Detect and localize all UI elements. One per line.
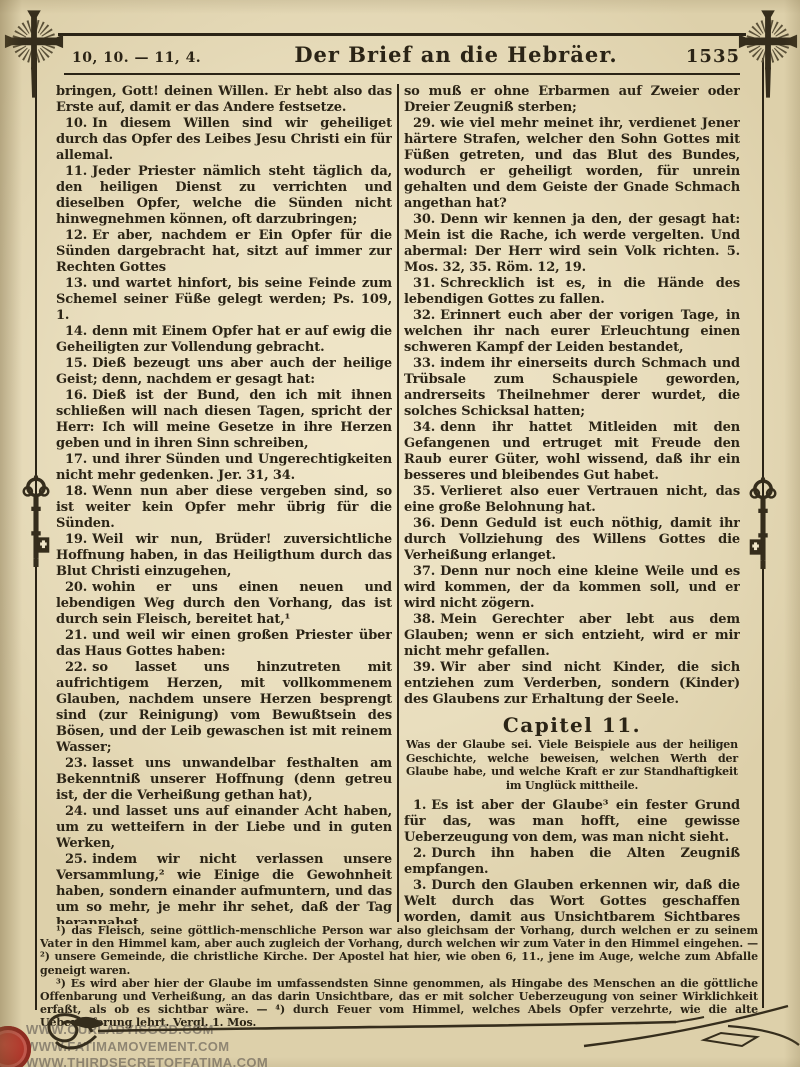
verse: 36.Denn Geduld ist euch nöthig, damit ih…: [404, 516, 740, 564]
header-rule: [64, 73, 740, 75]
verse-text: wie viel mehr meinet ihr, verdienet Jene…: [404, 116, 740, 211]
verse: 38.Mein Gerechter aber lebt aus dem Glau…: [404, 612, 740, 660]
top-rule: [58, 33, 746, 36]
verse-number: 39.: [413, 660, 435, 675]
verse-text: und lasset uns auf einander Acht haben, …: [56, 804, 392, 851]
verse-number: 35.: [413, 484, 435, 499]
verse-number: 29.: [413, 116, 435, 131]
verse-number: 17.: [65, 452, 87, 467]
verse: 17.und ihrer Sünden und Ungerechtigkeite…: [56, 452, 392, 484]
verse-number: 1.: [413, 798, 426, 813]
verse-text: indem wir nicht verlassen unsere Versamm…: [56, 852, 392, 924]
cross-ornament-right: [737, 5, 799, 101]
verse-number: 3.: [413, 878, 426, 893]
verse-number: 11.: [65, 164, 87, 179]
column-divider-rule: [397, 84, 399, 922]
verse-text: so lasset uns hinzutreten mit aufrichtig…: [56, 660, 392, 755]
verse-number: 15.: [65, 356, 87, 371]
verse: 25.indem wir nicht verlassen unsere Vers…: [56, 852, 392, 924]
hebrews-10-verses: so muß er ohne Erbarmen auf Zweier oder …: [404, 84, 740, 708]
verse-range: 10, 10. — 11, 4.: [72, 50, 242, 66]
verse-number: 37.: [413, 564, 435, 579]
verse-number: 16.: [65, 388, 87, 403]
verse-text: Weil wir nun, Brüder! zuversichtliche Ho…: [56, 532, 392, 579]
verse: 1.Es ist aber der Glaube³ ein fester Gru…: [404, 798, 740, 846]
verse-number: 19.: [65, 532, 87, 547]
verse: 35.Verlieret also euer Vertrauen nicht, …: [404, 484, 740, 516]
verse-text: denn mit Einem Opfer hat er auf ewig die…: [56, 324, 392, 355]
verse: 3.Durch den Glauben erkennen wir, daß di…: [404, 878, 740, 924]
verse: 11.Jeder Priester nämlich steht täglich …: [56, 164, 392, 228]
verse-number: 24.: [65, 804, 87, 819]
verse-text: Denn Geduld ist euch nöthig, damit ihr d…: [404, 516, 740, 563]
verse-text: Jeder Priester nämlich steht täglich da,…: [56, 164, 392, 227]
verse-text: und wartet hinfort, bis seine Feinde zum…: [56, 276, 392, 323]
verse-text: Mein Gerechter aber lebt aus dem Glauben…: [404, 612, 740, 659]
verse-number: 2.: [413, 846, 426, 861]
verse: 14.denn mit Einem Opfer hat er auf ewig …: [56, 324, 392, 356]
verse-text: Dieß bezeugt uns aber auch der heilige G…: [56, 356, 392, 387]
verse: 39.Wir aber sind nicht Kinder, die sich …: [404, 660, 740, 708]
verse: 24.und lasset uns auf einander Acht habe…: [56, 804, 392, 852]
verse-number: 30.: [413, 212, 435, 227]
verse: 30.Denn wir kennen ja den, der gesagt ha…: [404, 212, 740, 276]
verse-number: 33.: [413, 356, 435, 371]
verse: 12.Er aber, nachdem er Ein Opfer für die…: [56, 228, 392, 276]
verse-text: Verlieret also euer Vertrauen nicht, das…: [404, 484, 740, 515]
verse: 22.so lasset uns hinzutreten mit aufrich…: [56, 660, 392, 756]
cross-ornament-left: [3, 5, 65, 101]
verse: 31.Schrecklich ist es, in die Hände des …: [404, 276, 740, 308]
footnote: ¹) das Fleisch, seine göttlich-menschlic…: [40, 924, 758, 977]
scanned-bible-page: 10, 10. — 11, 4. Der Brief an die Hebräe…: [0, 0, 800, 1067]
verse: 2.Durch ihn haben die Alten Zeugniß empf…: [404, 846, 740, 878]
verse-text: Erinnert euch aber der vorigen Tage, in …: [404, 308, 740, 355]
verse: 20.wohin er uns einen neuen und lebendig…: [56, 580, 392, 628]
verse: 18.Wenn nun aber diese vergeben sind, so…: [56, 484, 392, 532]
right-text-column: so muß er ohne Erbarmen auf Zweier oder …: [404, 84, 740, 924]
verse-text: In diesem Willen sind wir geheiliget dur…: [56, 116, 392, 163]
verse-number: 23.: [65, 756, 87, 771]
verse-number: 32.: [413, 308, 435, 323]
verse: bringen, Gott! deinen Willen. Er hebt al…: [56, 84, 392, 116]
verse: 34.denn ihr hattet Mitleiden mit den Gef…: [404, 420, 740, 484]
verse-text: denn ihr hattet Mitleiden mit den Gefang…: [404, 420, 740, 483]
verse-number: 18.: [65, 484, 87, 499]
verse-text: Wir aber sind nicht Kinder, die sich ent…: [404, 660, 740, 707]
verse-number: 21.: [65, 628, 87, 643]
flourish-ornament: [28, 1000, 800, 1060]
verse-number: 34.: [413, 420, 435, 435]
verse-text: Durch ihn haben die Alten Zeugniß empfan…: [404, 846, 740, 877]
verse-number: 22.: [65, 660, 87, 675]
verse-number: 14.: [65, 324, 87, 339]
page-number: 1535: [670, 46, 740, 67]
verse: 33.indem ihr einerseits durch Schmach un…: [404, 356, 740, 420]
verse-number: 10.: [65, 116, 87, 131]
verse-text: wohin er uns einen neuen und lebendigen …: [56, 580, 392, 627]
verse-text: Durch den Glauben erkennen wir, daß die …: [404, 878, 740, 924]
verse: 37.Denn nur noch eine kleine Weile und e…: [404, 564, 740, 612]
verse: so muß er ohne Erbarmen auf Zweier oder …: [404, 84, 740, 116]
verse-text: lasset uns unwandelbar festhalten am Bek…: [56, 756, 392, 803]
page-header: 10, 10. — 11, 4. Der Brief an die Hebräe…: [58, 42, 746, 67]
verse-text: Dieß ist der Bund, den ich mit ihnen sch…: [56, 388, 392, 451]
verse-text: Wenn nun aber diese vergeben sind, so is…: [56, 484, 392, 531]
verse: 29.wie viel mehr meinet ihr, verdienet J…: [404, 116, 740, 212]
left-text-column: bringen, Gott! deinen Willen. Er hebt al…: [56, 84, 392, 924]
verse: 21.und weil wir einen großen Priester üb…: [56, 628, 392, 660]
verse: 15.Dieß bezeugt uns aber auch der heilig…: [56, 356, 392, 388]
verse-text: und weil wir einen großen Priester über …: [56, 628, 392, 659]
verse-text: Schrecklich ist es, in die Hände des leb…: [404, 276, 740, 307]
verse-text: bringen, Gott! deinen Willen. Er hebt al…: [56, 84, 392, 115]
verse-text: Es ist aber der Glaube³ ein fester Grund…: [404, 798, 740, 845]
verse: 19.Weil wir nun, Brüder! zuversichtliche…: [56, 532, 392, 580]
verse: 16.Dieß ist der Bund, den ich mit ihnen …: [56, 388, 392, 452]
chapter-summary: Was der Glaube sei. Viele Beispiele aus …: [404, 738, 740, 792]
verse-text: indem ihr einerseits durch Schmach und T…: [404, 356, 740, 419]
chapter-heading: Capitel 11.: [404, 717, 740, 733]
verse: 23.lasset uns unwandelbar festhalten am …: [56, 756, 392, 804]
key-ornament-right: [748, 476, 778, 570]
verse-number: 31.: [413, 276, 435, 291]
verse-number: 12.: [65, 228, 87, 243]
verse-number: 38.: [413, 612, 435, 627]
verse: 32.Erinnert euch aber der vorigen Tage, …: [404, 308, 740, 356]
verse-text: so muß er ohne Erbarmen auf Zweier oder …: [404, 84, 740, 115]
hebrews-11-verses: 1.Es ist aber der Glaube³ ein fester Gru…: [404, 798, 740, 924]
verse-text: und ihrer Sünden und Ungerechtigkeiten n…: [56, 452, 392, 483]
verse-text: Denn nur noch eine kleine Weile und es w…: [404, 564, 740, 611]
verse-number: 20.: [65, 580, 87, 595]
verse: 13.und wartet hinfort, bis seine Feinde …: [56, 276, 392, 324]
verse-number: 25.: [65, 852, 87, 867]
verse: 10.In diesem Willen sind wir geheiliget …: [56, 116, 392, 164]
verse-text: Denn wir kennen ja den, der gesagt hat: …: [404, 212, 740, 275]
book-title: Der Brief an die Hebräer.: [242, 42, 670, 67]
verse-number: 13.: [65, 276, 87, 291]
key-ornament-left: [21, 474, 51, 568]
verse-text: Er aber, nachdem er Ein Opfer für die Sü…: [56, 228, 392, 275]
verse-number: 36.: [413, 516, 435, 531]
